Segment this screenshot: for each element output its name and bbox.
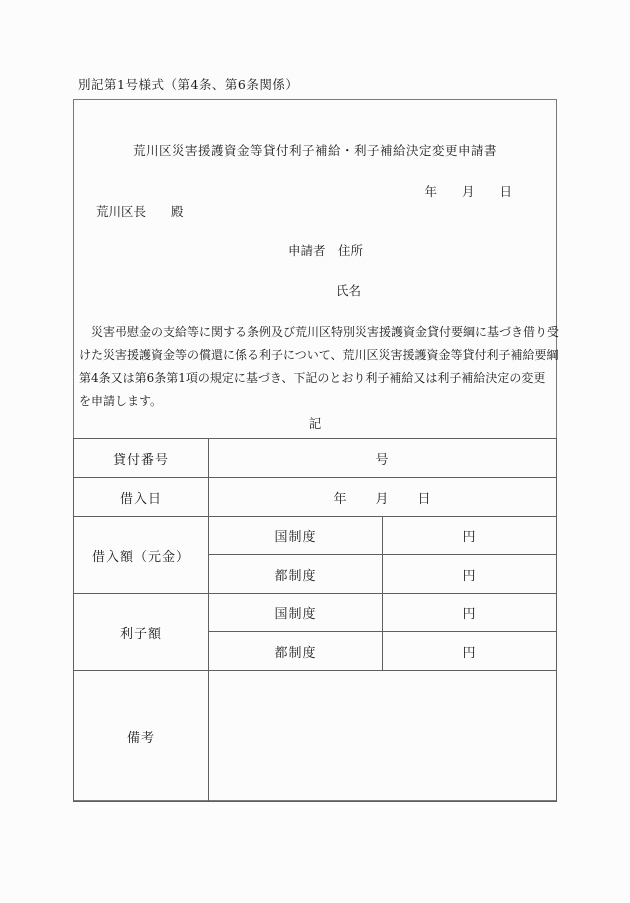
interest-national-unit-cell: 円	[383, 594, 557, 632]
loan-number-label-cell: 貸付番号	[74, 439, 209, 478]
addressee-line: 荒川区長 殿	[96, 202, 184, 220]
principal-national-unit-cell: 円	[383, 517, 557, 555]
body-line-1: 災害弔慰金の支給等に関する条例及び荒川区特別災害援護資金貸付要綱に基づき借り受	[79, 321, 553, 344]
interest-label-cell: 利子額	[74, 594, 209, 671]
record-marker: 記	[74, 414, 556, 432]
borrow-date-label-cell: 借入日	[74, 478, 209, 517]
body-paragraph: 災害弔慰金の支給等に関する条例及び荒川区特別災害援護資金貸付要綱に基づき借り受 …	[79, 321, 553, 413]
interest-metro-unit-cell: 円	[383, 632, 557, 671]
body-line-2: けた災害援護資金等の償還に係る利子について、荒川区災害援護資金等貸付利子補給要綱	[79, 344, 553, 367]
document-title: 荒川区災害援護資金等貸付利子補給・利子補給決定変更申請書	[74, 141, 556, 159]
document-border-box: 荒川区災害援護資金等貸付利子補給・利子補給決定変更申請書 年 月 日 荒川区長 …	[73, 99, 557, 801]
loan-number-value-cell: 号	[209, 439, 557, 478]
date-line: 年 月 日	[424, 182, 512, 200]
remarks-value-cell	[209, 671, 557, 802]
applicant-name-label: 氏名	[336, 281, 361, 299]
application-table: 貸付番号 号 借入日 年 月 日 借入額（元金） 国制度 円 都制度 円 利子額…	[73, 438, 557, 802]
applicant-address-label: 申請者 住所	[288, 241, 363, 259]
interest-metro-label-cell: 都制度	[209, 632, 383, 671]
document-page: 別記第1号様式（第4条、第6条関係） 荒川区災害援護資金等貸付利子補給・利子補給…	[0, 0, 630, 903]
remarks-label-cell: 備考	[74, 671, 209, 802]
interest-national-label-cell: 国制度	[209, 594, 383, 632]
principal-metro-label-cell: 都制度	[209, 555, 383, 594]
borrow-date-value-cell: 年 月 日	[209, 478, 557, 517]
principal-label-cell: 借入額（元金）	[74, 517, 209, 594]
principal-national-label-cell: 国制度	[209, 517, 383, 555]
principal-metro-unit-cell: 円	[383, 555, 557, 594]
form-style-label: 別記第1号様式（第4条、第6条関係）	[78, 75, 298, 93]
body-line-3: 第4条又は第6条第1項の規定に基づき、下記のとおり利子補給又は利子補給決定の変更	[79, 367, 553, 390]
body-line-4: を申請します。	[79, 390, 553, 413]
